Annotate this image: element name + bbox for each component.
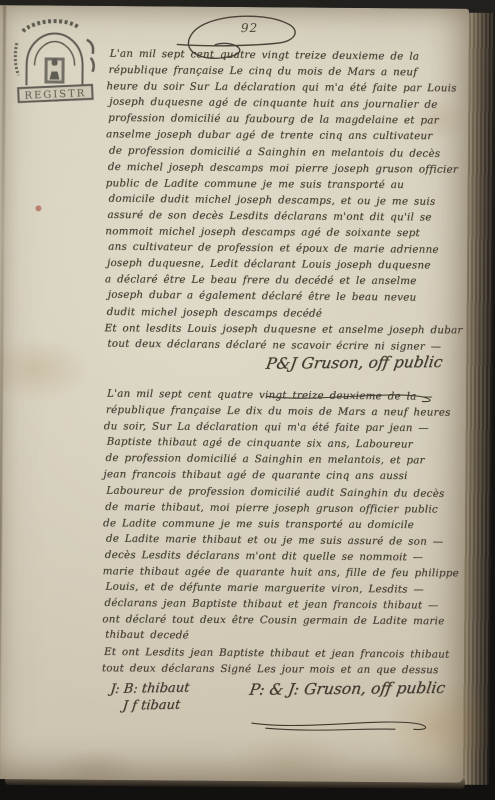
manuscript-line: dudit michel joseph descamps decédé: [107, 303, 465, 322]
manuscript-line: L'an mil sept cent quatre vingt treize d…: [110, 46, 468, 66]
declarant-signatures: J: B: thibaut J f tibaut: [108, 680, 190, 715]
register-book: REGISTR 92 L'an mil sept cent quatre vin…: [0, 5, 495, 789]
registry-page-photo: REGISTR 92 L'an mil sept cent quatre vin…: [0, 0, 495, 800]
manuscript-line: tout deux déclarans déclaré ne scavoir é…: [107, 335, 465, 355]
manuscript-line: L'an mil sept cent quatre vingt treize d…: [107, 386, 465, 406]
declarant-signature-1: J: B: thibaut: [110, 680, 191, 698]
gutter-crease: [0, 5, 6, 779]
paper-stain: [0, 337, 90, 402]
declarant-signature-2: J f tibaut: [122, 697, 189, 715]
folio-number: 92: [241, 21, 258, 35]
manuscript-page: REGISTR 92 L'an mil sept cent quatre vin…: [0, 5, 469, 783]
manuscript-line: de profession domicilié a Sainghin en me…: [109, 142, 467, 162]
manuscript-line: domicile dudit michel joseph descamps, e…: [108, 190, 466, 210]
manuscript-line: de Ladite marie thibaut et ou je me suis…: [106, 530, 464, 550]
signature-flourish: [245, 715, 435, 732]
manuscript-line: Laboureur de profession domicilié audit …: [106, 482, 464, 502]
manuscript-line: Et ont Lesdits jean Baptiste thibaut et …: [104, 643, 462, 662]
ink-spot: [35, 205, 41, 211]
officer-signature-act2: P: & J: Gruson, off public: [248, 679, 446, 699]
death-act-2: L'an mil sept cent quatre vingt treize d…: [104, 386, 464, 678]
officer-signature-act1: P&J Gruson, off public: [265, 353, 444, 373]
death-act-1: L'an mil sept cent quatre vingt treize d…: [106, 46, 466, 355]
registration-stamp-icon: REGISTR: [4, 13, 105, 114]
manuscript-line: tout deux déclarans Signé Les jour mois …: [102, 660, 460, 678]
